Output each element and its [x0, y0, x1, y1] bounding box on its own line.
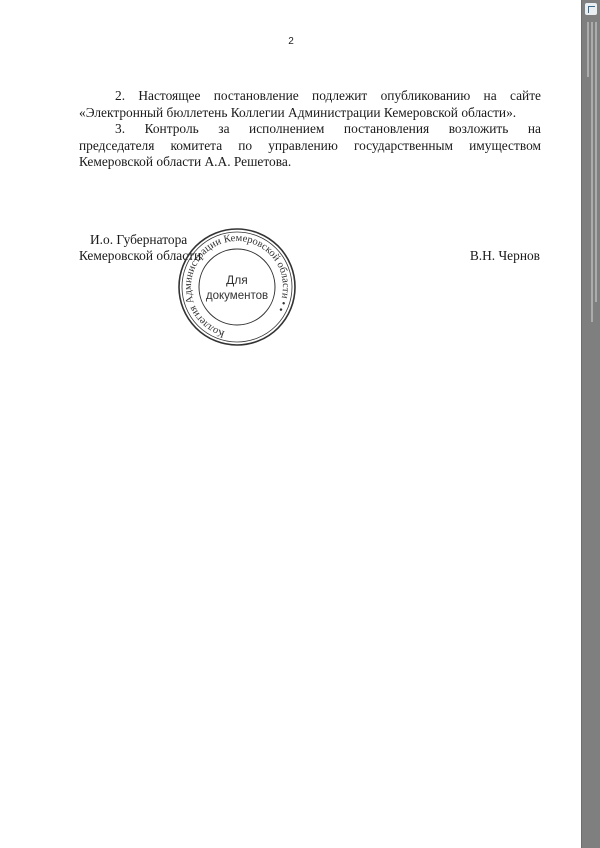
text-line: председателя комитета по управлению госу…	[79, 138, 541, 155]
svg-text:Коллегия Администрации Кемеров: Коллегия Администрации Кемеровской облас…	[176, 226, 298, 348]
paragraph-3: 3. Контроль за исполнением постановления…	[79, 121, 541, 171]
official-stamp: Коллегия Администрации Кемеровской облас…	[176, 226, 298, 348]
stamp-ring-text: Коллегия Администрации Кемеровской облас…	[176, 226, 298, 348]
page-number: 2	[0, 36, 582, 47]
document-body: 2. Настоящее постановление подлежит опуб…	[79, 88, 541, 171]
text-line: 3. Контроль за исполнением постановления…	[79, 121, 541, 138]
text-line: «Электронный бюллетень Коллегии Админист…	[79, 105, 541, 122]
text-line: Кемеровской области А.А. Решетова.	[79, 154, 541, 171]
stamp-center-line-1: Для	[226, 273, 248, 287]
document-service-side-strip	[581, 0, 600, 848]
signatory-name: В.Н. Чернов	[470, 248, 540, 264]
strip-watermark-text	[595, 22, 597, 302]
document-service-logo-icon[interactable]	[585, 3, 597, 15]
strip-watermark-text	[591, 22, 593, 322]
paragraph-2: 2. Настоящее постановление подлежит опуб…	[79, 88, 541, 121]
strip-watermark-text	[587, 22, 589, 77]
text-line: 2. Настоящее постановление подлежит опуб…	[79, 88, 541, 105]
stamp-center-line-2: документов	[206, 290, 268, 302]
